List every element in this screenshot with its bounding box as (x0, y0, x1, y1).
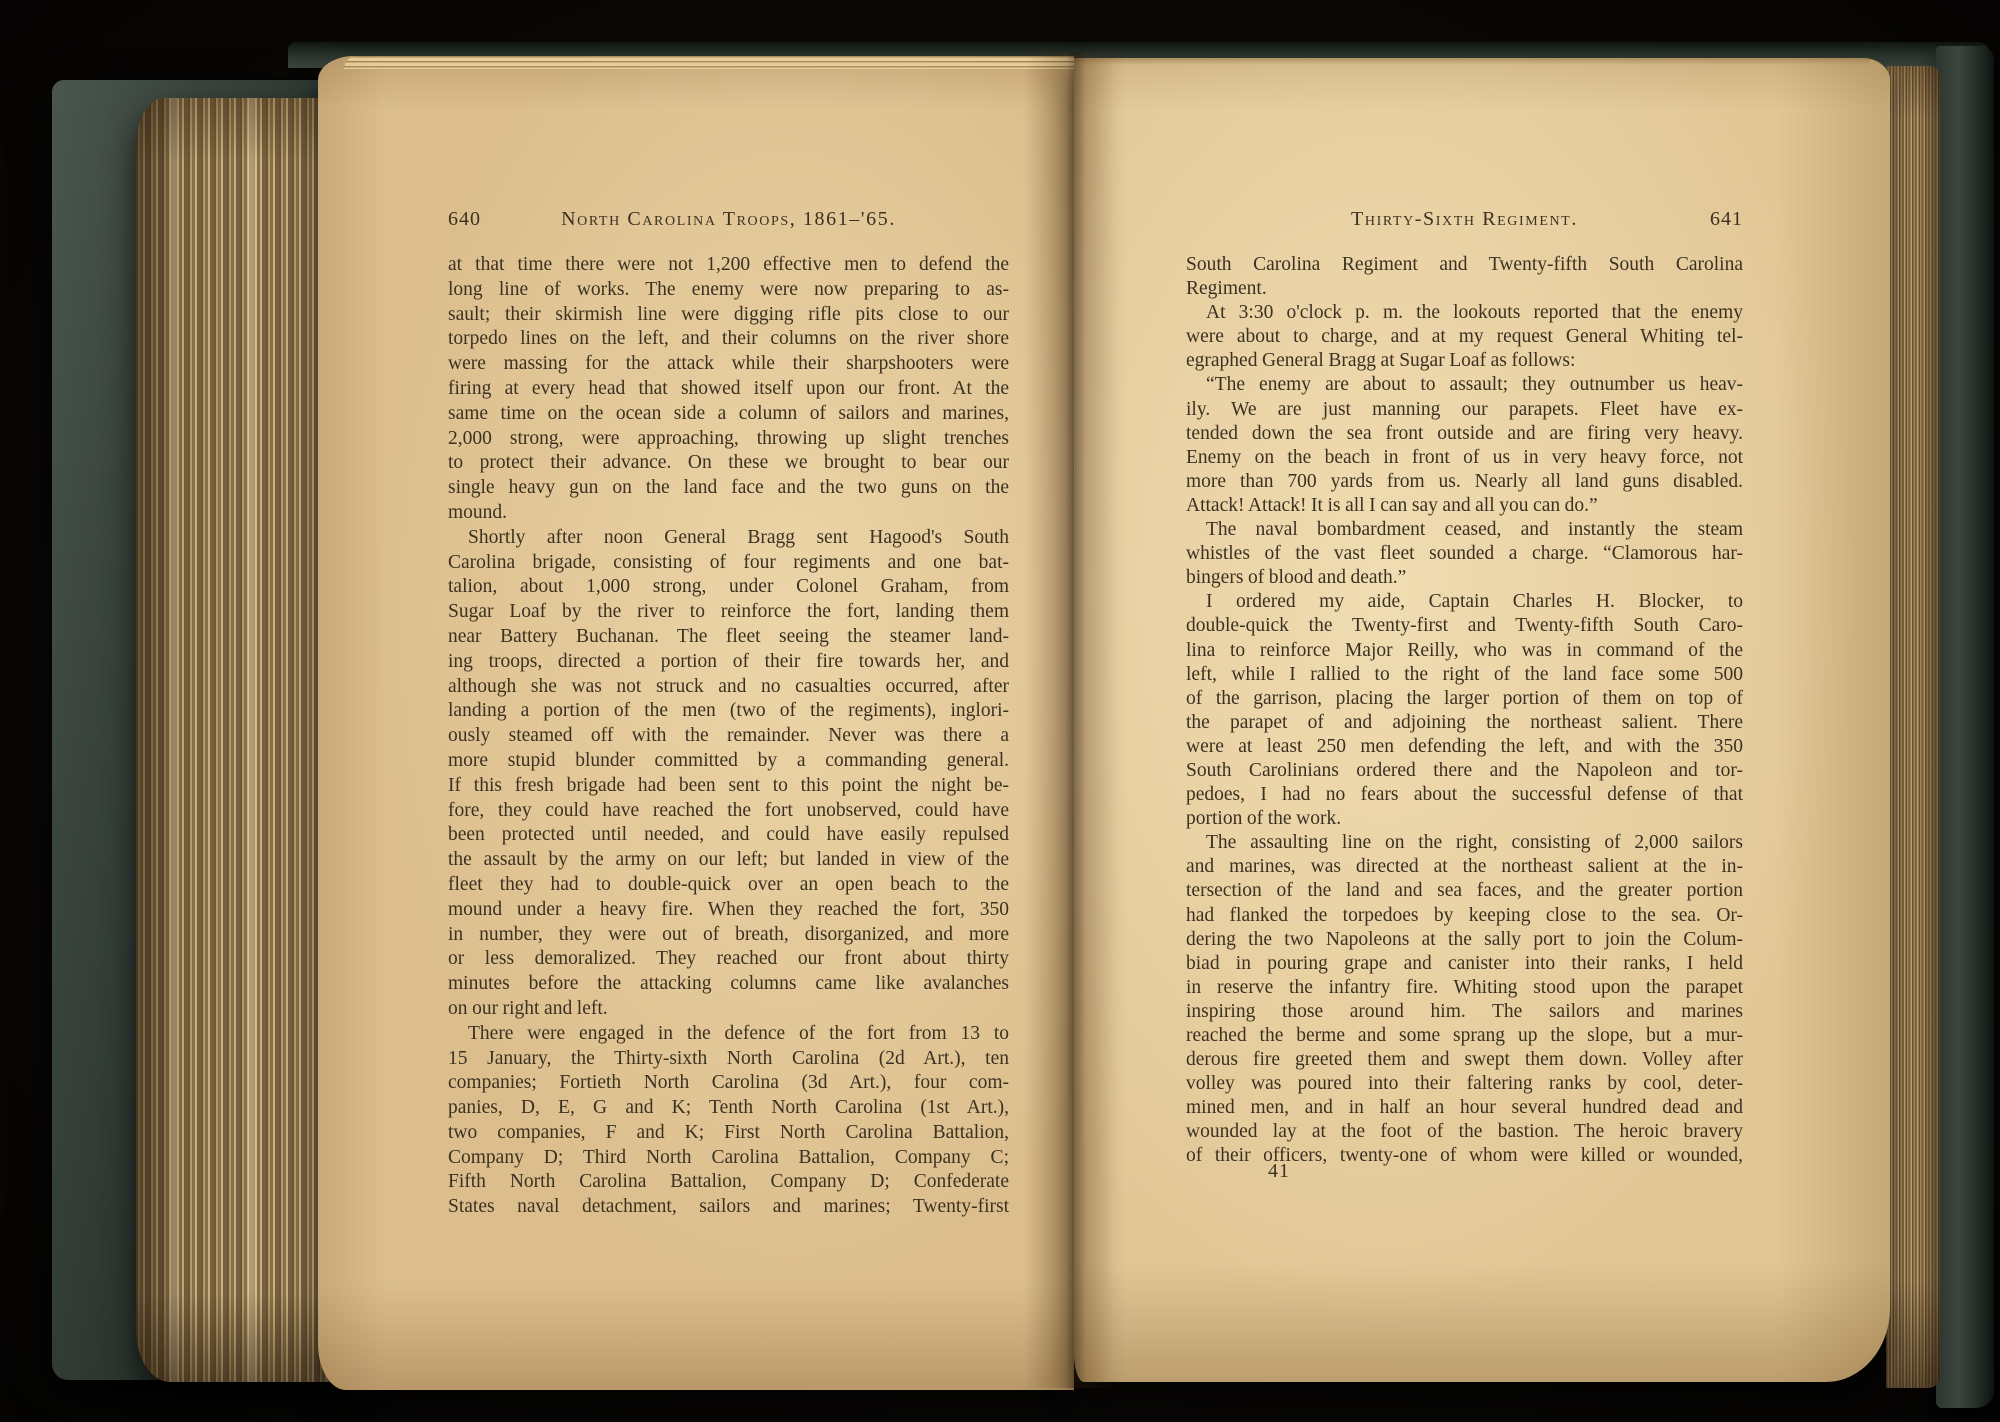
text-line: minutes before the attacking columns cam… (448, 972, 1009, 997)
text-line: were about to charge, and at my request … (1186, 325, 1743, 349)
text-line: been protected until needed, and could h… (448, 823, 1009, 848)
text-line: “The enemy are about to assault; they ou… (1186, 373, 1743, 397)
text-line: pedoes, I had no fears about the success… (1186, 783, 1743, 807)
text-line: at that time there were not 1,200 effect… (448, 253, 1009, 278)
text-line: ily. We are just manning our parapets. F… (1186, 398, 1743, 422)
text-line: mined men, and in half an hour several h… (1186, 1096, 1743, 1120)
text-line: panies, D, E, G and K; Tenth North Carol… (448, 1096, 1009, 1121)
left-page-header: 640 North Carolina Troops, 1861–'65. (448, 208, 1009, 236)
text-line: left, while I rallied to the right of th… (1186, 663, 1743, 687)
text-line: same time on the ocean side a column of … (448, 402, 1009, 427)
text-line: torpedo lines on the left, and their col… (448, 327, 1009, 352)
right-page-number: 641 (1710, 208, 1743, 231)
text-line: were massing for the attack while their … (448, 352, 1009, 377)
text-line: to protect their advance. On these we br… (448, 451, 1009, 476)
text-line: more than 700 yards from us. Nearly all … (1186, 470, 1743, 494)
right-running-title: Thirty-Sixth Regiment. (1351, 208, 1578, 231)
text-line: landing a portion of the men (two of the… (448, 699, 1009, 724)
text-line: Sugar Loaf by the river to reinforce the… (448, 600, 1009, 625)
text-line: South Carolinians ordered there and the … (1186, 759, 1743, 783)
text-line: inspiring those around him. The sailors … (1186, 1000, 1743, 1024)
text-line: ously steamed off with the remainder. Ne… (448, 724, 1009, 749)
text-line: more stupid blunder committed by a comma… (448, 749, 1009, 774)
text-line: in number, they were out of breath, diso… (448, 923, 1009, 948)
text-line: and marines, was directed at the northea… (1186, 855, 1743, 879)
fanned-page-edges-left (136, 98, 348, 1382)
text-line: If this fresh brigade had been sent to t… (448, 774, 1009, 799)
text-line: The naval bombardment ceased, and instan… (1186, 518, 1743, 542)
text-line: volley was poured into their faltering r… (1186, 1072, 1743, 1096)
text-line: Regiment. (1186, 277, 1743, 301)
text-line: mound. (448, 501, 1009, 526)
text-line: There were engaged in the defence of the… (448, 1022, 1009, 1047)
text-line: tended down the sea front outside and ar… (1186, 422, 1743, 446)
left-page-number: 640 (448, 208, 481, 231)
text-line: although she was not struck and no casua… (448, 675, 1009, 700)
book-cover-right-edge (1936, 46, 1994, 1408)
text-line: had flanked the torpedoes by keeping clo… (1186, 904, 1743, 928)
signature-mark: 41 (1268, 1160, 1290, 1183)
text-line: of the garrison, placing the larger port… (1186, 687, 1743, 711)
text-line: The assaulting line on the right, consis… (1186, 831, 1743, 855)
text-line: portion of the work. (1186, 807, 1743, 831)
text-line: tersection of the land and sea faces, an… (1186, 879, 1743, 903)
text-line: two companies, F and K; First North Caro… (448, 1121, 1009, 1146)
text-line: sault; their skirmish line were digging … (448, 303, 1009, 328)
text-line: or less demoralized. They reached our fr… (448, 947, 1009, 972)
text-line: At 3:30 o'clock p. m. the lookouts repor… (1186, 301, 1743, 325)
text-line: mound under a heavy fire. When they reac… (448, 898, 1009, 923)
text-line: 2,000 strong, were approaching, throwing… (448, 427, 1009, 452)
text-line: the assault by the army on our left; but… (448, 848, 1009, 873)
text-line: on our right and left. (448, 997, 1009, 1022)
text-line: Fifth North Carolina Battalion, Company … (448, 1170, 1009, 1195)
text-line: fore, they could have reached the fort u… (448, 799, 1009, 824)
text-line: 15 January, the Thirty-sixth North Carol… (448, 1047, 1009, 1072)
text-line: derous fire greeted them and swept them … (1186, 1048, 1743, 1072)
text-line: ing troops, directed a portion of their … (448, 650, 1009, 675)
text-line: fleet they had to double-quick over an o… (448, 873, 1009, 898)
text-line: long line of works. The enemy were now p… (448, 278, 1009, 303)
text-line: talion, about 1,000 strong, under Colone… (448, 575, 1009, 600)
text-line: biad in pouring grape and canister into … (1186, 952, 1743, 976)
text-line: Carolina brigade, consisting of four reg… (448, 551, 1009, 576)
text-line: the parapet of and adjoining the northea… (1186, 711, 1743, 735)
text-line: Attack! Attack! It is all I can say and … (1186, 494, 1743, 518)
right-page-header: Thirty-Sixth Regiment. 641 (1186, 208, 1743, 236)
text-line: companies; Fortieth North Carolina (3d A… (448, 1071, 1009, 1096)
text-line: Company D; Third North Carolina Battalio… (448, 1146, 1009, 1171)
text-line: egraphed General Bragg at Sugar Loaf as … (1186, 349, 1743, 373)
text-line: States naval detachment, sailors and mar… (448, 1195, 1009, 1220)
book-photo: 640 North Carolina Troops, 1861–'65. Thi… (0, 0, 2000, 1422)
text-line: near Battery Buchanan. The fleet seeing … (448, 625, 1009, 650)
left-running-title: North Carolina Troops, 1861–'65. (561, 208, 896, 231)
text-line: double-quick the Twenty-first and Twenty… (1186, 614, 1743, 638)
text-line: were at least 250 men defending the left… (1186, 735, 1743, 759)
text-line: reached the berme and some sprang up the… (1186, 1024, 1743, 1048)
text-line: lina to reinforce Major Reilly, who was … (1186, 639, 1743, 663)
fanned-page-edges-right (1886, 66, 1940, 1388)
left-page-body: at that time there were not 1,200 effect… (448, 253, 1009, 1220)
text-line: firing at every head that showed itself … (448, 377, 1009, 402)
text-line: whistles of the vast fleet sounded a cha… (1186, 542, 1743, 566)
text-line: dering the two Napoleons at the sally po… (1186, 928, 1743, 952)
text-line: Shortly after noon General Bragg sent Ha… (448, 526, 1009, 551)
right-page-body: South Carolina Regiment and Twenty-fifth… (1186, 253, 1743, 1169)
text-line: in reserve the infantry fire. Whiting st… (1186, 976, 1743, 1000)
text-line: Enemy on the beach in front of us in ver… (1186, 446, 1743, 470)
text-line: wounded lay at the foot of the bastion. … (1186, 1120, 1743, 1144)
text-line: I ordered my aide, Captain Charles H. Bl… (1186, 590, 1743, 614)
text-line: single heavy gun on the land face and th… (448, 476, 1009, 501)
text-line: South Carolina Regiment and Twenty-fifth… (1186, 253, 1743, 277)
text-line: bingers of blood and death.” (1186, 566, 1743, 590)
